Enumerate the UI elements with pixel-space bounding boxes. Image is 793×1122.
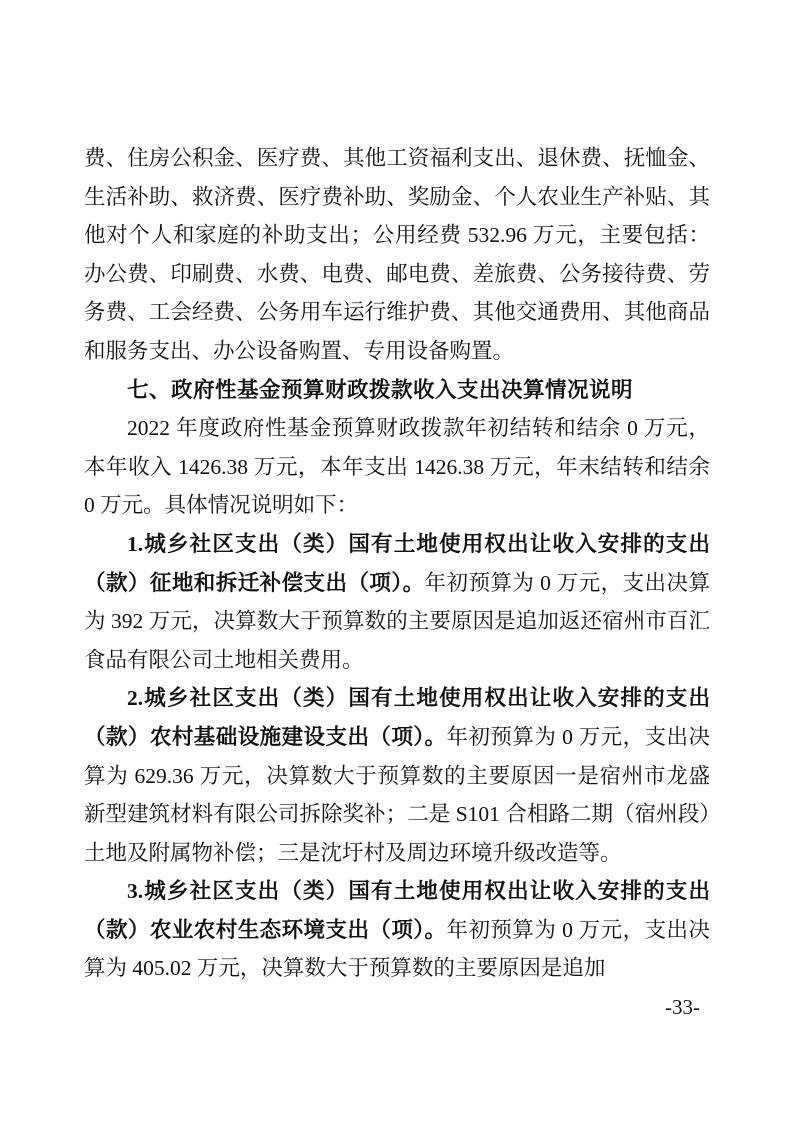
document-page: 费、住房公积金、医疗费、其他工资福利支出、退休费、抚恤金、生活补助、救济费、医疗… (0, 0, 793, 1122)
item-3-paragraph: 3.城乡社区支出（类）国有土地使用权出让收入安排的支出（款）农业农村生态环境支出… (84, 872, 710, 988)
item-1-paragraph: 1.城乡社区支出（类）国有土地使用权出让收入安排的支出（款）征地和拆迁补偿支出（… (84, 525, 710, 679)
paragraph-overview: 2022 年度政府性基金预算财政拨款年初结转和结余 0 万元，本年收入 1426… (84, 409, 710, 525)
paragraph-text: 2022 年度政府性基金预算财政拨款年初结转和结余 0 万元，本年收入 1426… (84, 416, 710, 517)
paragraph-text: 费、住房公积金、医疗费、其他工资福利支出、退休费、抚恤金、生活补助、救济费、医疗… (84, 146, 710, 363)
item-2-paragraph: 2.城乡社区支出（类）国有土地使用权出让收入安排的支出（款）农村基础设施建设支出… (84, 679, 710, 872)
section-heading: 七、政府性基金预算财政拨款收入支出决算情况说明 (84, 371, 710, 410)
paragraph-continued-expense-list: 费、住房公积金、医疗费、其他工资福利支出、退休费、抚恤金、生活补助、救济费、医疗… (84, 139, 710, 371)
section-heading-text: 七、政府性基金预算财政拨款收入支出决算情况说明 (127, 378, 633, 402)
page-number: -33- (84, 988, 710, 1027)
page-content: 费、住房公积金、医疗费、其他工资福利支出、退休费、抚恤金、生活补助、救济费、医疗… (0, 0, 793, 1027)
